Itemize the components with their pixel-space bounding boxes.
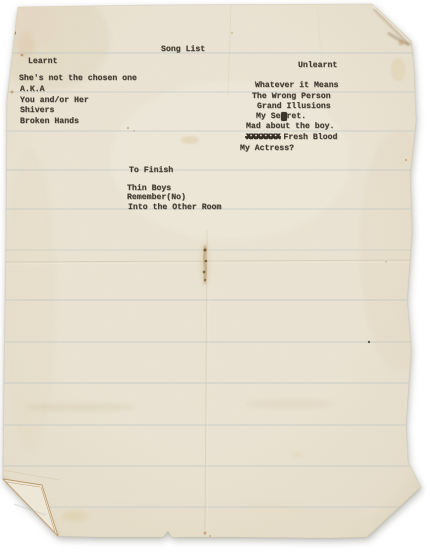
struck-out-word: XXXXXXX	[246, 133, 280, 142]
page-title: Song List	[161, 45, 205, 54]
song-item-overtyped: My Secret.	[256, 112, 306, 121]
section-heading-to-finish: To Finish	[129, 166, 173, 175]
song-item: Shivers	[20, 106, 54, 115]
section-heading-learnt: Learnt	[28, 57, 57, 66]
song-item: Remember(No)	[127, 193, 186, 202]
song-item: Into the Other Room	[128, 203, 221, 212]
scanned-document: Song List Learnt She's not the chosen on…	[0, 0, 430, 560]
song-item: She's not the chosen one	[19, 74, 137, 83]
song-text-post: ret.	[287, 112, 307, 121]
song-item: A.K.A	[20, 85, 45, 94]
song-item: Mad about the boy.	[246, 122, 334, 131]
song-item: The Wrong Person	[252, 92, 331, 101]
song-item: My Actress?	[240, 144, 294, 153]
song-text-pre: My Se	[256, 112, 281, 121]
song-text: Fresh Blood	[283, 133, 337, 142]
typed-text-layer: Song List Learnt She's not the chosen on…	[0, 0, 430, 560]
song-item: Broken Hands	[20, 117, 79, 126]
section-heading-unlearnt: Unlearnt	[298, 61, 337, 70]
song-item-struck: XXXXXXXFresh Blood	[246, 133, 337, 142]
song-item: Grand Illusions	[257, 102, 331, 111]
song-item: You and/or Her	[20, 96, 89, 105]
song-item: Thin Boys	[127, 184, 171, 193]
song-item: Whatever it Means	[255, 81, 339, 90]
